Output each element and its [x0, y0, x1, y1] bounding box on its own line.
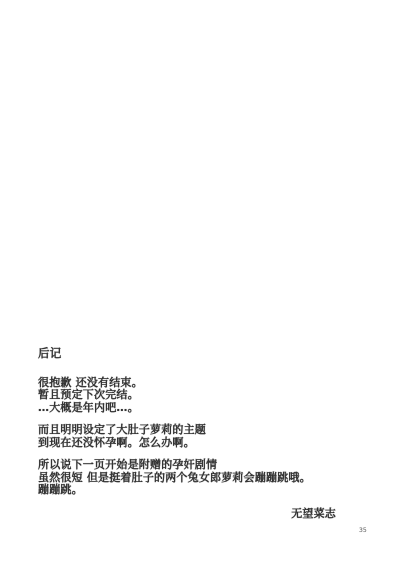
- paragraph-bonus: 所以说下一页开始是附赠的孕奸剧情 虽然很短 但是挺着肚子的两个兔女郎萝莉会蹦蹦跳…: [38, 459, 338, 497]
- afterword-title: 后记: [38, 347, 338, 360]
- text-line: 所以说下一页开始是附赠的孕奸剧情: [38, 459, 338, 472]
- text-line: 到现在还没怀孕啊。怎么办啊。: [38, 437, 338, 450]
- artist-signature: 无望菜志: [38, 508, 338, 521]
- text-line: 而且明明设定了大肚子萝莉的主题: [38, 424, 338, 437]
- paragraph-apology: 很抱歉 还没有结束。 暂且预定下次完结。 …大概是年内吧…。: [38, 377, 338, 415]
- text-line: …大概是年内吧…。: [38, 402, 338, 415]
- text-line: 蹦蹦跳。: [38, 484, 338, 497]
- text-line: 暂且预定下次完结。: [38, 389, 338, 402]
- page-number: 35: [359, 527, 367, 534]
- afterword-page: 后记 很抱歉 还没有结束。 暂且预定下次完结。 …大概是年内吧…。 而且明明设定…: [0, 0, 400, 565]
- text-line: 虽然很短 但是挺着肚子的两个兔女郎萝莉会蹦蹦跳哦。: [38, 472, 338, 485]
- afterword-text-block: 后记 很抱歉 还没有结束。 暂且预定下次完结。 …大概是年内吧…。 而且明明设定…: [38, 347, 338, 520]
- paragraph-theme: 而且明明设定了大肚子萝莉的主题 到现在还没怀孕啊。怎么办啊。: [38, 424, 338, 449]
